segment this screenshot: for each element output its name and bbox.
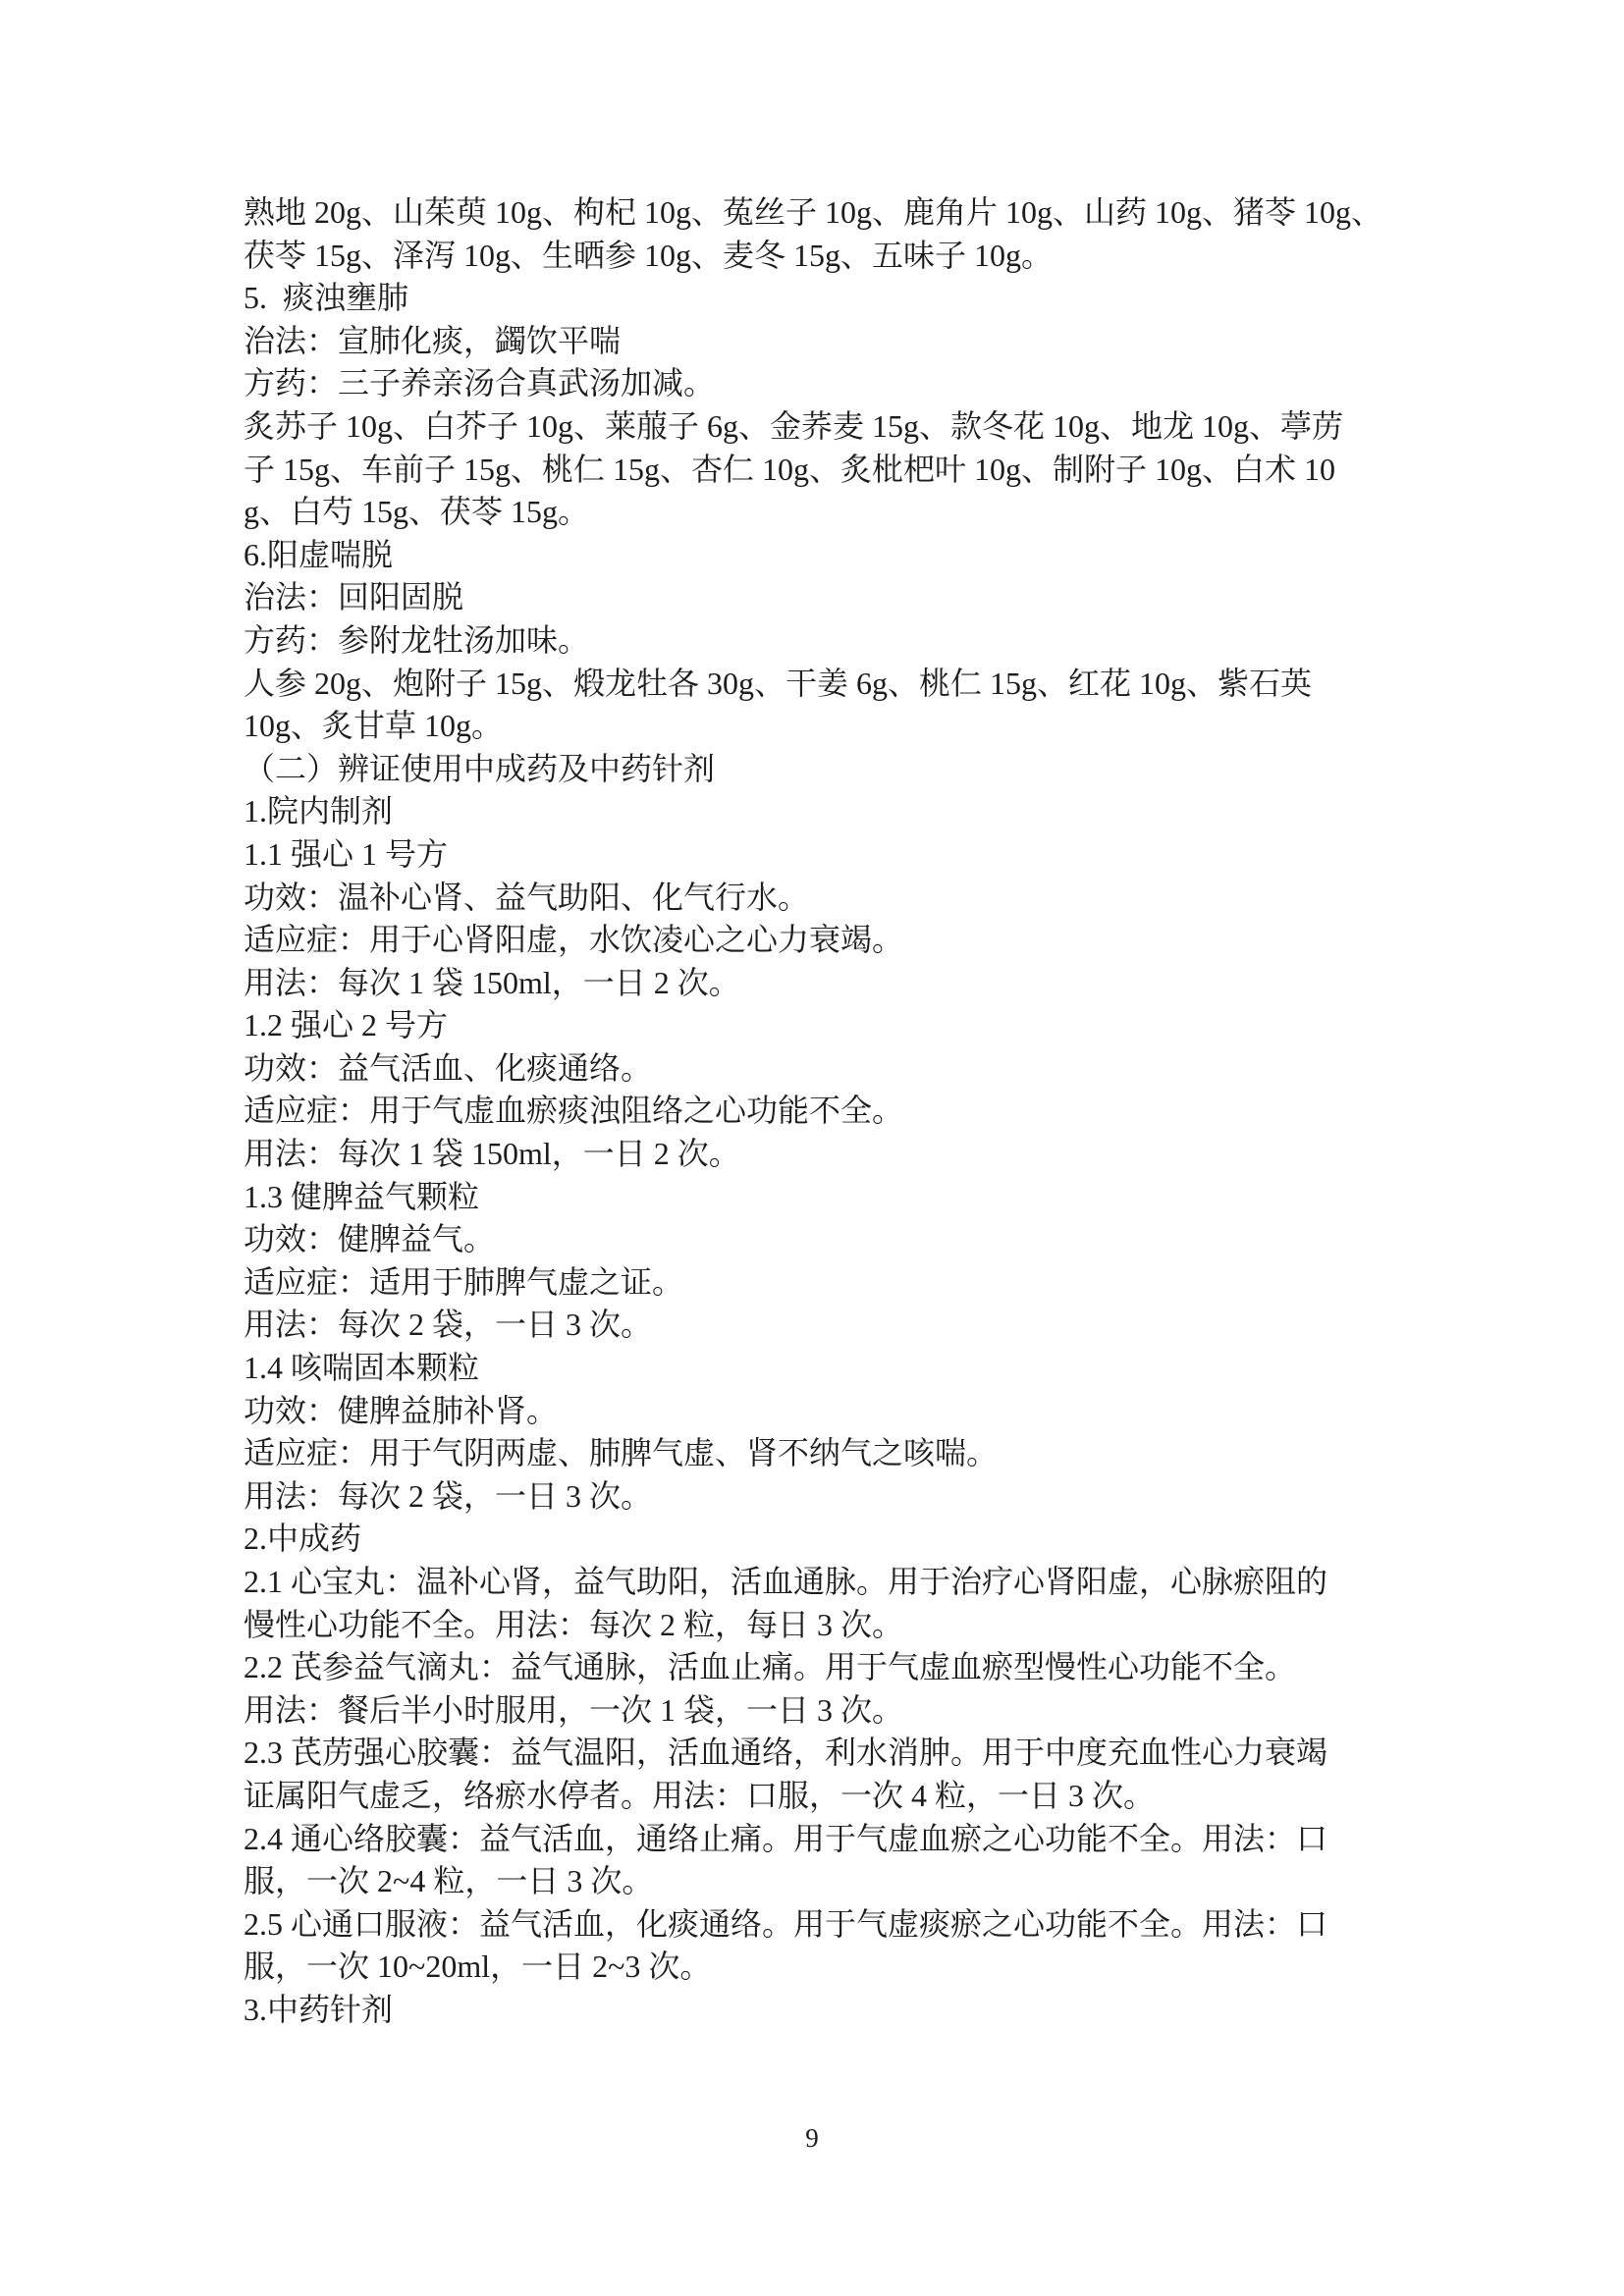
section-heading: 6.阳虚喘脱 — [244, 534, 1397, 577]
section-heading: 1.3 健脾益气颗粒 — [244, 1176, 1397, 1219]
section-heading: 3.中药针剂 — [244, 1989, 1397, 2032]
text-line: 功效：健脾益气。 — [244, 1218, 1397, 1261]
document-page: 熟地 20g、山茱萸 10g、枸杞 10g、菟丝子 10g、鹿角片 10g、山药… — [0, 0, 1624, 2296]
text-line: 2.2 芪参益气滴丸：益气通脉，活血止痛。用于气虚血瘀型慢性心功能不全。 — [244, 1646, 1397, 1689]
text-line: 2.3 芪苈强心胶囊：益气温阳，活血通络，利水消肿。用于中度充血性心力衰竭 — [244, 1732, 1397, 1775]
text-line: 用法：每次 1 袋 150ml，一日 2 次。 — [244, 962, 1397, 1005]
text-line: 适应症：用于气阴两虚、肺脾气虚、肾不纳气之咳喘。 — [244, 1432, 1397, 1475]
text-line: 功效：益气活血、化痰通络。 — [244, 1047, 1397, 1091]
text-line: 2.5 心通口服液：益气活血，化痰通络。用于气虚痰瘀之心功能不全。用法：口 — [244, 1903, 1397, 1947]
text-line: 熟地 20g、山茱萸 10g、枸杞 10g、菟丝子 10g、鹿角片 10g、山药… — [244, 191, 1397, 235]
section-heading: 1.2 强心 2 号方 — [244, 1004, 1397, 1047]
text-line: 适应症：适用于肺脾气虚之证。 — [244, 1261, 1397, 1305]
text-line: 子 15g、车前子 15g、桃仁 15g、杏仁 10g、炙枇杷叶 10g、制附子… — [244, 449, 1397, 492]
text-line: 适应症：用于气虚血瘀痰浊阻络之心功能不全。 — [244, 1090, 1397, 1133]
text-line: 用法：每次 1 袋 150ml，一日 2 次。 — [244, 1133, 1397, 1176]
text-line: 用法：每次 2 袋，一日 3 次。 — [244, 1304, 1397, 1347]
text-line: 功效：温补心肾、益气助阳、化气行水。 — [244, 877, 1397, 920]
text-line: 10g、炙甘草 10g。 — [244, 705, 1397, 748]
page-body: 熟地 20g、山茱萸 10g、枸杞 10g、菟丝子 10g、鹿角片 10g、山药… — [244, 191, 1397, 2032]
text-line: g、白芍 15g、茯苓 15g。 — [244, 491, 1397, 534]
page-number: 9 — [0, 2120, 1624, 2156]
text-line: 用法：每次 2 袋，一日 3 次。 — [244, 1475, 1397, 1519]
section-heading: 5. 痰浊壅肺 — [244, 277, 1397, 320]
section-heading: 1.4 咳喘固本颗粒 — [244, 1347, 1397, 1390]
text-line: 治法：回阳固脱 — [244, 576, 1397, 619]
text-line: 证属阳气虚乏，络瘀水停者。用法：口服，一次 4 粒，一日 3 次。 — [244, 1775, 1397, 1818]
section-heading: （二）辨证使用中成药及中药针剂 — [244, 748, 1397, 791]
text-line: 2.1 心宝丸：温补心肾，益气助阳，活血通脉。用于治疗心肾阳虚，心脉瘀阻的 — [244, 1561, 1397, 1604]
text-line: 治法：宣肺化痰，蠲饮平喘 — [244, 320, 1397, 363]
text-line: 慢性心功能不全。用法：每次 2 粒，每日 3 次。 — [244, 1604, 1397, 1647]
text-line: 用法：餐后半小时服用，一次 1 袋，一日 3 次。 — [244, 1689, 1397, 1733]
text-line: 服，一次 2~4 粒，一日 3 次。 — [244, 1860, 1397, 1903]
section-heading: 1.1 强心 1 号方 — [244, 833, 1397, 877]
text-line: 方药：参附龙牡汤加味。 — [244, 619, 1397, 663]
text-line: 功效：健脾益肺补肾。 — [244, 1390, 1397, 1433]
text-line: 适应症：用于心肾阳虚，水饮凌心之心力衰竭。 — [244, 919, 1397, 962]
section-heading: 1.院内制剂 — [244, 790, 1397, 833]
text-line: 茯苓 15g、泽泻 10g、生晒参 10g、麦冬 15g、五味子 10g。 — [244, 235, 1397, 278]
text-line: 炙苏子 10g、白芥子 10g、莱菔子 6g、金荞麦 15g、款冬花 10g、地… — [244, 405, 1397, 449]
text-line: 服，一次 10~20ml，一日 2~3 次。 — [244, 1946, 1397, 1989]
text-line: 人参 20g、炮附子 15g、煅龙牡各 30g、干姜 6g、桃仁 15g、红花 … — [244, 663, 1397, 706]
text-line: 2.4 通心络胶囊：益气活血，通络止痛。用于气虚血瘀之心功能不全。用法：口 — [244, 1818, 1397, 1861]
text-line: 方药：三子养亲汤合真武汤加减。 — [244, 362, 1397, 405]
section-heading: 2.中成药 — [244, 1518, 1397, 1561]
